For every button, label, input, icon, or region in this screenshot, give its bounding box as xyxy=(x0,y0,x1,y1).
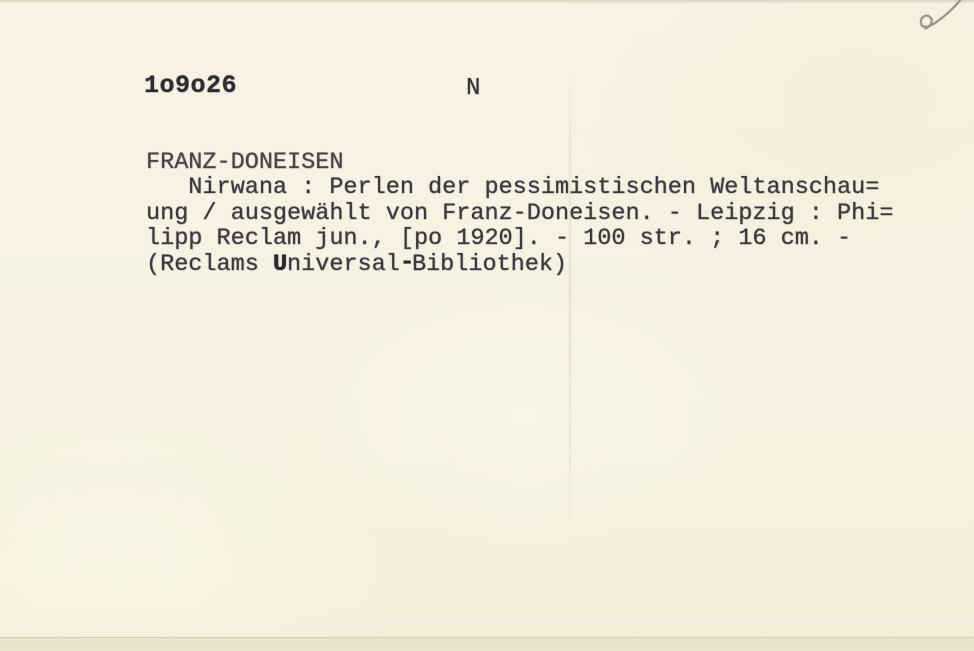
series-text-close: Bibliothek) xyxy=(412,251,567,278)
author-heading: FRANZ-DONEISEN xyxy=(146,150,893,175)
series-text-open: (Reclams xyxy=(146,251,273,278)
call-number: 1o9o26 xyxy=(144,71,237,100)
series-overtyped-u: U xyxy=(273,251,287,278)
series-text-mid: niversal xyxy=(287,251,400,278)
series-statement-line: (Reclams Universal-Bibliothek) xyxy=(146,252,893,277)
bibliographic-entry: FRANZ-DONEISEN Nirwana : Perlen der pess… xyxy=(146,150,893,277)
title-statement-line-2: ung / ausgewählt von Franz-Doneisen. - L… xyxy=(146,201,893,226)
title-statement-line-1: Nirwana : Perlen der pessimistischen Wel… xyxy=(146,175,893,200)
imprint-collation-line: lipp Reclam jun., [po 1920]. - 100 str. … xyxy=(146,226,893,251)
card-bottom-edge xyxy=(0,637,974,651)
handwritten-pen-mark-icon xyxy=(888,0,968,56)
section-letter: N xyxy=(466,75,480,102)
series-overtyped-hyphen: - xyxy=(400,250,412,275)
card-top-edge xyxy=(0,0,974,4)
paper-crease xyxy=(569,70,571,540)
library-catalog-card: 1o9o26 N FRANZ-DONEISEN Nirwana : Perlen… xyxy=(0,0,974,651)
